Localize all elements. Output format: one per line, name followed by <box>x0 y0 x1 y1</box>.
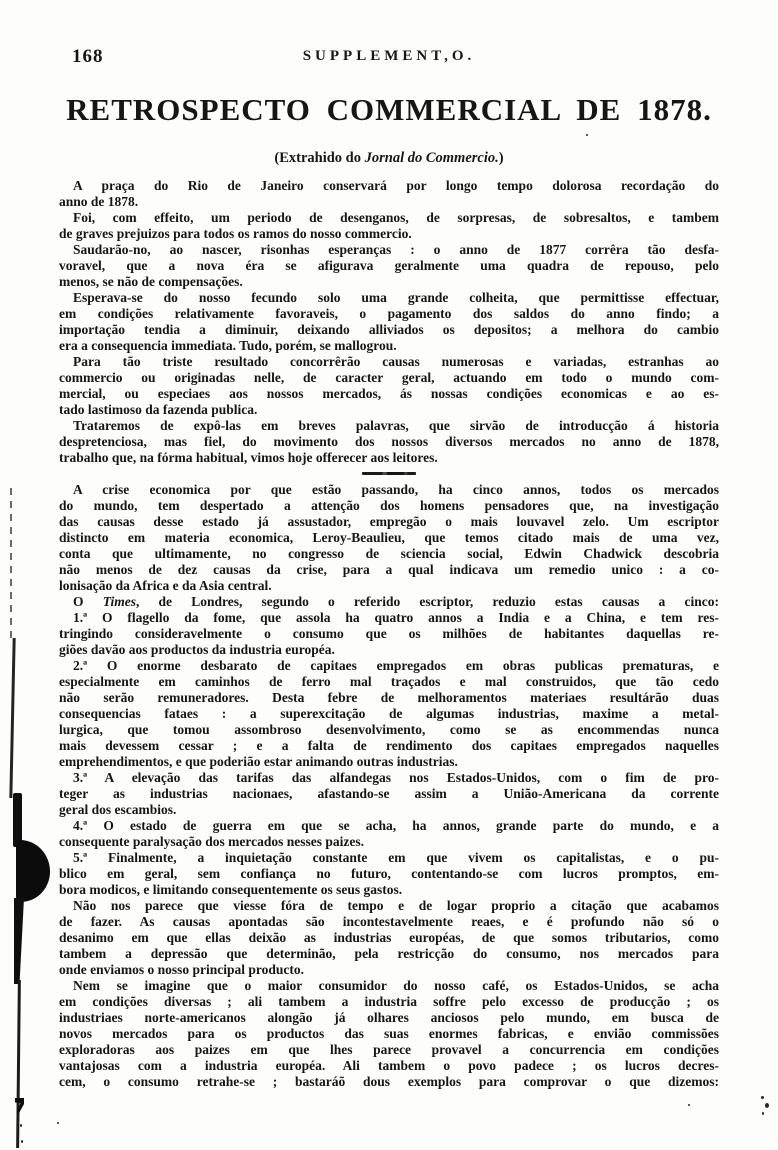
text-line: era a consequencia immediata. Tudo, poré… <box>59 338 719 354</box>
text-line: importação tendia a diminuir, deixando a… <box>59 322 719 338</box>
text-line: giões davão aos productos da industria e… <box>59 642 719 658</box>
running-head: SUPPLEMENT,O. <box>0 48 778 65</box>
text-line: 2.ª O enorme desbarato de capitaes empre… <box>59 658 719 674</box>
text-line: 5.ª Finalmente, a inquietação constante … <box>59 850 719 866</box>
text-line: exploradoras aos paizes em que lhes pare… <box>59 1042 719 1058</box>
text-segment: , de Londres, segundo o referido escript… <box>136 594 719 609</box>
ink-speck <box>688 1104 690 1106</box>
scan-edge-thick <box>13 793 22 847</box>
text-line: Nem se imagine que o maior consumidor do… <box>59 978 719 994</box>
scan-edge-line <box>16 980 21 1148</box>
text-line: de fazer. As causas apontadas são incont… <box>59 914 719 930</box>
article-title: RETROSPECTO COMMERCIAL DE 1878. <box>0 92 778 128</box>
text-line: consequente paralysação dos mercados nes… <box>59 834 719 850</box>
text-line: do mundo, tem despertado a attenção dos … <box>59 498 719 514</box>
text-line: novos mercados para os productos das sua… <box>59 1026 719 1042</box>
ink-blob <box>16 840 50 902</box>
ink-speck <box>762 1112 764 1115</box>
subtitle-prefix: (Extrahido do <box>274 150 364 166</box>
italic-text: Times <box>103 594 136 609</box>
text-line: mais devessem cessar ; e a falta de rend… <box>59 738 719 754</box>
text-line: distincto em materia economica, Leroy-Be… <box>59 530 719 546</box>
text-line: commercio ou originadas nelle, de caract… <box>59 370 719 386</box>
text-line: Não nos parece que viesse fóra de tempo … <box>59 898 719 914</box>
text-line: 4.ª O estado de guerra em que se acha, h… <box>59 818 719 834</box>
text-line: Foi, com effeito, um periodo de desengan… <box>59 210 719 226</box>
text-line: teger as industrias nacionaes, afastando… <box>59 786 719 802</box>
text-segment: O <box>73 594 103 609</box>
ink-speck <box>20 1124 22 1127</box>
ink-speck <box>765 1103 769 1108</box>
text-line: 3.ª A elevação das tarifas das alfandega… <box>59 770 719 786</box>
text-line: despretenciosa, mas fiel, do movimento d… <box>59 434 719 450</box>
text-line: lonisação da Africa e da Asia central. <box>59 578 719 594</box>
ink-speck <box>761 1096 764 1099</box>
text-line: onde enviamos o nosso principal producto… <box>59 962 719 978</box>
text-line: não menos de dez causas da crise, para a… <box>59 562 719 578</box>
text-line: voravel, que a nova éra se afigurava ger… <box>59 258 719 274</box>
subtitle-suffix: ) <box>499 150 504 166</box>
text-line: das causas desse estado já assustador, e… <box>59 514 719 530</box>
text-line: trabalho que, na fórma habitual, vimos h… <box>59 450 719 466</box>
section-1: A praça do Rio de Janeiro conservará por… <box>59 178 719 466</box>
text-line: geral dos escambios. <box>59 802 719 818</box>
ink-speck <box>21 1140 23 1143</box>
text-line: Esperava-se do nosso fecundo solo uma gr… <box>59 290 719 306</box>
text-line: vantajosas com a industria européa. Ali … <box>59 1058 719 1074</box>
text-line: cem, o consumo retrahe-se ; bastaráõ dou… <box>59 1074 719 1090</box>
text-line: 1.ª O flagello da fome, que assola ha qu… <box>59 610 719 626</box>
ink-speck <box>586 134 588 136</box>
text-line: A praça do Rio de Janeiro conservará por… <box>59 178 719 194</box>
article-body: A praça do Rio de Janeiro conservará por… <box>59 178 719 1090</box>
text-line: de graves prejuizos para todos os ramos … <box>59 226 719 242</box>
text-line: desanimo em que ellas deixão as industri… <box>59 930 719 946</box>
scan-edge-line-faint <box>10 488 12 643</box>
text-line: bora modicos, e limitando consequentemen… <box>59 882 719 898</box>
scan-edge-line <box>9 638 15 798</box>
text-line: blico em geral, sem confiança no futuro,… <box>59 866 719 882</box>
text-line: tado lastimoso da fazenda publica. <box>59 402 719 418</box>
text-line: A crise economica por que estão passando… <box>59 482 719 498</box>
scan-edge-thick <box>14 898 24 984</box>
document-page: 168 SUPPLEMENT,O. RETROSPECTO COMMERCIAL… <box>0 0 778 1150</box>
text-line: em condições relativamente favoraveis, o… <box>59 306 719 322</box>
text-line: O Times, de Londres, segundo o referido … <box>59 594 719 610</box>
section-divider <box>362 472 416 475</box>
text-line: consequencias fataes : a superexcitação … <box>59 706 719 722</box>
text-line: especialmente em caminhos de ferro mal t… <box>59 674 719 690</box>
text-line: menos, se não de compensações. <box>59 274 719 290</box>
text-line: mercial, ou especiaes aos nossos mercado… <box>59 386 719 402</box>
text-line: tringindo consideravelmente o consumo qu… <box>59 626 719 642</box>
text-line: tambem a depressão que determinão, pela … <box>59 946 719 962</box>
text-line: lurgica, que tomou assombroso desenvolvi… <box>59 722 719 738</box>
text-line: anno de 1878. <box>59 194 719 210</box>
article-subtitle: (Extrahido do Jornal do Commercio.) <box>0 150 778 167</box>
text-line: conta que ultimamente, no congresso de s… <box>59 546 719 562</box>
section-2: A crise economica por que estão passando… <box>59 482 719 1090</box>
text-line: industriaes norte-americanos alongão já … <box>59 1010 719 1026</box>
ink-speck <box>57 1122 59 1124</box>
text-line: Saudarão-no, ao nascer, risonhas esperan… <box>59 242 719 258</box>
text-line: Para tão triste resultado concorrêrão ca… <box>59 354 719 370</box>
text-line: não serão remuneradores. Desta febre de … <box>59 690 719 706</box>
subtitle-source: Jornal do Commercio. <box>365 150 499 166</box>
text-line: emprehendimentos, e que poderião estar a… <box>59 754 719 770</box>
text-line: Trataremos de expô-las em breves palavra… <box>59 418 719 434</box>
text-line: em condições diversas ; ali tambem a ind… <box>59 994 719 1010</box>
